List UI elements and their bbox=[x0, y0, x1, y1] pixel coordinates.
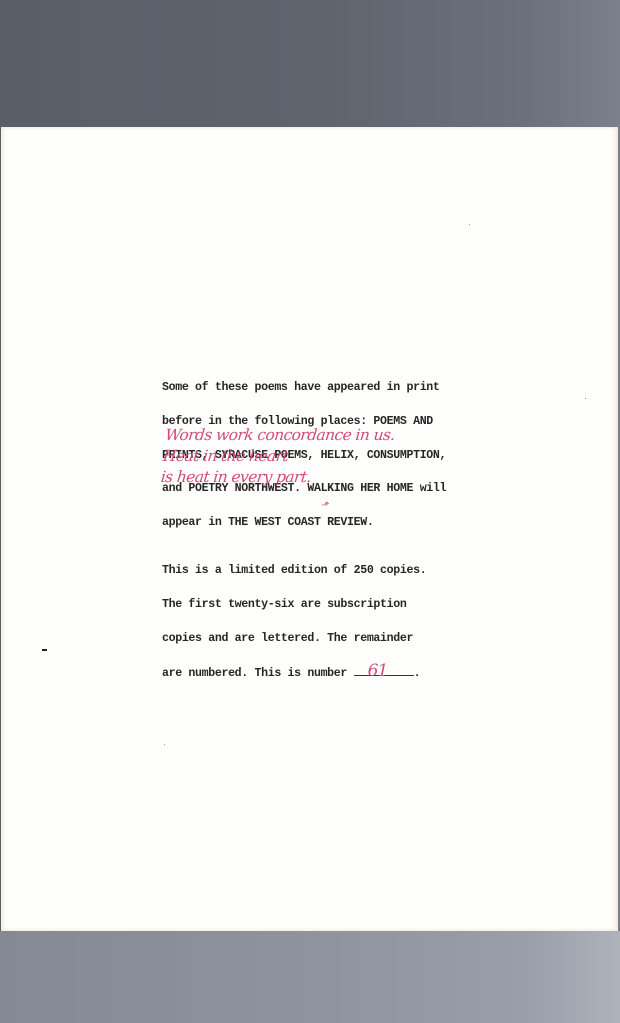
edition-line: This is a limited edition of 250 copies. bbox=[162, 565, 426, 576]
paper-speck bbox=[469, 224, 470, 225]
handwritten-arrow-mark: ⬏ bbox=[321, 500, 329, 511]
edition-line: The first twenty-six are subscription bbox=[162, 599, 426, 610]
margin-dash-mark bbox=[42, 649, 47, 651]
copy-number: 61 bbox=[368, 666, 388, 677]
handwritten-line: is heat in every part. bbox=[160, 467, 392, 488]
edition-line-suffix: . bbox=[414, 667, 421, 680]
edition-statement: This is a limited edition of 250 copies.… bbox=[162, 543, 426, 691]
edition-line-last: are numbered. This is number 61. bbox=[162, 666, 426, 679]
acknowledgement-line: Some of these poems have appeared in pri… bbox=[162, 382, 446, 393]
handwritten-line: Heat in the heart bbox=[162, 446, 394, 467]
paper-speck bbox=[164, 744, 165, 745]
scanner-background-bottom bbox=[0, 931, 620, 1023]
acknowledgement-line: appear in THE WEST COAST REVIEW. bbox=[162, 517, 446, 528]
paper-speck bbox=[585, 398, 586, 399]
handwritten-note: Words work concordance in us. Heat in th… bbox=[160, 425, 396, 488]
edition-line: copies and are lettered. The remainder bbox=[162, 633, 426, 644]
handwritten-line: Words work concordance in us. bbox=[164, 425, 396, 446]
edition-line-prefix: are numbered. This is number bbox=[162, 667, 354, 680]
copy-number-field: 61 bbox=[354, 666, 414, 676]
